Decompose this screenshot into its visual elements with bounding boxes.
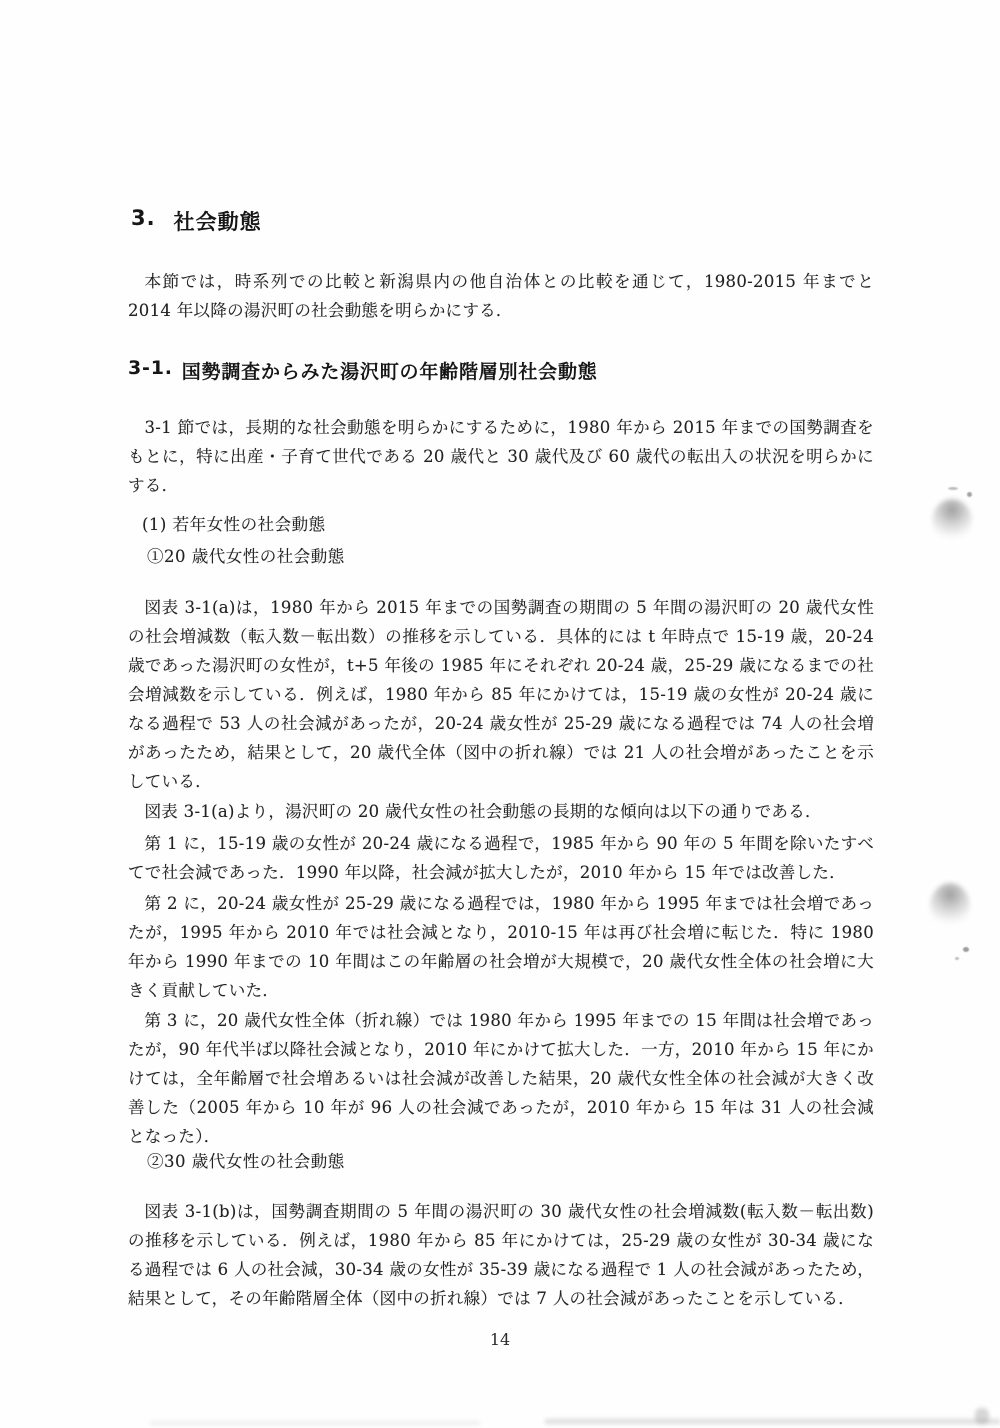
item1-sub-heading: ①20 歳代女性の社会動態: [147, 543, 345, 567]
scan-smudge-artifact: [932, 499, 972, 543]
scanned-document-page: 3. 社会動態 本節では，時系列での比較と新潟県内の他自治体との比較を通じて，1…: [0, 0, 1000, 1428]
item2-sub-heading: ②30 歳代女性の社会動態: [147, 1148, 345, 1172]
scan-speck-artifact: [955, 957, 959, 960]
paragraph-20s-overview: 図表 3-1(a)は，1980 年から 2015 年までの国勢調査の期間の 5 …: [128, 593, 874, 796]
paragraph-20s-trend-intro: 図表 3-1(a)より，湯沢町の 20 歳代女性の社会動態の長期的な傾向は以下の…: [128, 797, 874, 826]
paragraph-20s-trend-1: 第 1 に，15-19 歳の女性が 20-24 歳になる過程で，1985 年から…: [128, 829, 874, 887]
scan-speck-artifact: [948, 487, 958, 490]
page-number: 14: [0, 1330, 1000, 1349]
subsection-heading: 3-1. 国勢調査からみた湯沢町の年齢階層別社会動態: [128, 357, 598, 384]
subsection-number: 3-1.: [128, 357, 173, 384]
scan-edge-artifact: [545, 1419, 1000, 1424]
subsection-intro-paragraph: 3-1 節では，長期的な社会動態を明らかにするために，1980 年から 2015…: [128, 413, 874, 500]
paragraph-20s-trend-3: 第 3 に，20 歳代女性全体（折れ線）では 1980 年から 1995 年まで…: [128, 1006, 874, 1151]
section-heading: 3. 社会動態: [131, 206, 262, 236]
paragraph-20s-trend-2: 第 2 に，20-24 歳女性が 25-29 歳になる過程では，1980 年から…: [128, 889, 874, 1005]
intro-paragraph: 本節では，時系列での比較と新潟県内の他自治体との比較を通じて，1980-2015…: [128, 267, 874, 325]
paragraph-30s: 図表 3-1(b)は，国勢調査期間の 5 年間の湯沢町の 30 歳代女性の社会増…: [128, 1197, 874, 1313]
item1-heading: (1) 若年女性の社会動態: [142, 511, 326, 535]
scan-speck-artifact: [967, 492, 972, 497]
section-number: 3.: [131, 206, 156, 236]
scan-speck-artifact: [963, 947, 969, 952]
subsection-title: 国勢調査からみた湯沢町の年齢階層別社会動態: [182, 357, 598, 384]
scan-smudge-artifact: [930, 883, 970, 929]
scan-edge-artifact: [150, 1421, 480, 1425]
section-title: 社会動態: [174, 206, 262, 236]
scan-edge-artifact: [975, 1408, 989, 1424]
